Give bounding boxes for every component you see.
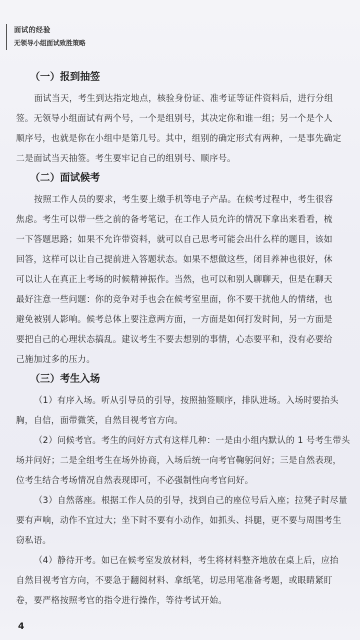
paragraph-line: 避免被别人影响。候考总体上要注意两方面，一方面是如何打发时间，另一方面是 [16,310,360,330]
paragraph-line: （4）静待开考。如已在候考室发放材料，考生将材料整齐地放在桌上后，应抬 [16,551,360,571]
paragraph-line: 签。无领导小组面试有两个号，一个是组别号，其决定你和谁一组；另一个是个人 [16,109,360,129]
page-number: 4 [18,622,24,632]
paragraph-line: 回答，这样可以让自己提前进入答题状态。如果不想做这些，闭目养神也很好，休 [16,250,360,270]
paragraph-line: 自然目视考官方向，不要急于翻阅材料、拿纸笔，切忌用笔准备考题，或眼睛紧盯 [16,571,360,591]
section-heading: （三）考生入场 [16,370,360,390]
paragraph-line: （3）自然落座。根据工作人员的引导，找到自己的座位号后入座；拉凳子时尽量 [16,491,360,511]
paragraph-line: 窃私语。 [16,531,360,551]
page-content: （一）报到抽签 面试当天，考生到达指定地点，核验身份证、准考证等证件资料后，进行… [16,68,360,611]
paragraph-line: 焦虑。考生可以带一些之前的备考笔记，在工作人员允许的情况下拿出来看看，梳 [16,210,360,230]
paragraph-line: （2）问候考官。考生的问好方式有这样几种：一是由小组内默认的 1 号考生带头 [16,431,360,451]
paragraph-line: 位考生结合考场情况自然表现即可，不必强制性向考官问好。 [16,471,360,491]
section-heading: （二）面试候考 [16,169,360,189]
paragraph-line: 顺序号，也就是你在小组中是第几号。其中，组别的确定形式有两种，一是事先确定 [16,129,360,149]
book-page: 面试的经验 无领导小组面试致胜策略 （一）报到抽签 面试当天，考生到达指定地点，… [0,0,360,640]
paragraph-line: 可以让人在真正上考场的时候精神振作。当然，也可以和别人聊聊天，但是在聊天 [16,270,360,290]
paragraph-line: 面试当天，考生到达指定地点，核验身份证、准考证等证件资料后，进行分组 [16,89,360,109]
paragraph-line: 场并问好；二是全组考生在场外协商，入场后统一向考官鞠躬问好；三是自然表现， [16,451,360,471]
paragraph-line: 二是面试当天抽签。考生要牢记自己的组别号、顺序号。 [16,149,360,169]
paragraph-line: 胸，自信，面带微笑，自然目视考官方向。 [16,411,360,431]
paragraph-line: （1）有序入场。听从引导员的引导，按照抽签顺序，排队进场。入场时要抬头 [16,391,360,411]
paragraph-line: 己施加过多的压力。 [16,350,360,370]
paragraph-line: 一下答题思路；如果不允许带资料，就可以自己思考可能会出什么样的题目，该如 [16,230,360,250]
paragraph-line: 要把自己的心理状态搞乱。建议考生不要去想别的事情，心态要平和，没有必要给 [16,330,360,350]
running-head-title: 面试的经验 [14,24,86,37]
section-heading: （一）报到抽签 [16,68,360,88]
running-head: 面试的经验 无领导小组面试致胜策略 [6,24,86,50]
running-head-subtitle: 无领导小组面试致胜策略 [14,37,86,50]
paragraph-line: 要有声响，动作不宜过大；坐下时不要有小动作，如抓头、抖腿，更不要与周围考生 [16,511,360,531]
paragraph-line: 按照工作人员的要求，考生要上缴手机等电子产品。在候考过程中，考生很容 [16,190,360,210]
paragraph-line: 卷，要严格按照考官的指令进行操作，等待考试开始。 [16,591,360,611]
paragraph-line: 最好注意一些问题：你的竞争对手也会在候考室里面，你不要干扰他人的情绪，也 [16,290,360,310]
